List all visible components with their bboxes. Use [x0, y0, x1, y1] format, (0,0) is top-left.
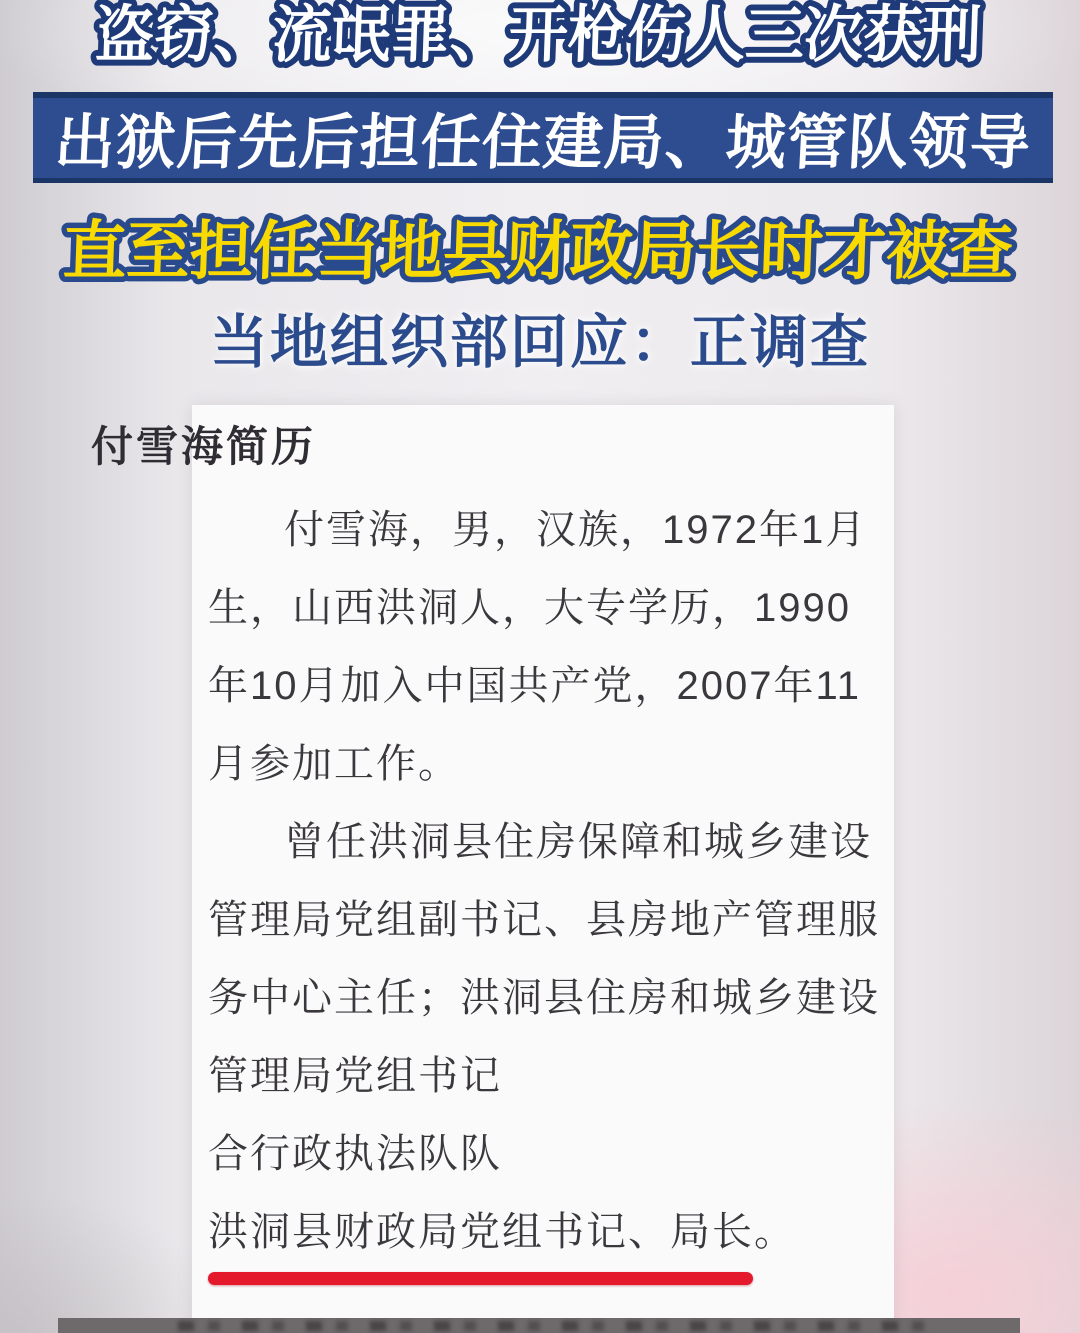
resume-line-text: 付雪海，男，汉族，1972年1月 — [284, 508, 867, 552]
resume-line-text: 月参加工作。 — [208, 742, 460, 786]
resume-line: 生，山西洪洞人，大专学历，1990 — [208, 569, 908, 647]
resume-line-text: 合行政执法队队 — [208, 1132, 502, 1176]
resume-line: 年10月加入中国共产党，2007年11 — [208, 647, 908, 725]
headline-response: 当地组织部回应：正调查 — [0, 306, 1080, 380]
resume-title: 付雪海简历 — [91, 412, 316, 482]
headline-banner: 出狱后先后担任住建局、城管队领导 — [33, 92, 1053, 183]
resume-line: 付雪海，男，汉族，1972年1月 — [208, 491, 908, 569]
resume-line: 曾任洪洞县住房保障和城乡建设 — [208, 803, 908, 881]
resume-line: 合行政执法队队 — [208, 1115, 908, 1193]
resume-line: 月参加工作。 — [208, 725, 908, 803]
red-underline — [208, 1272, 753, 1285]
headline-crimes-text: 盗窃、流氓罪、开枪伤人三次获刑 — [94, 1, 982, 70]
resume-line-text: 管理局党组书记 — [208, 1054, 502, 1098]
resume-line: 务中心主任；洪洞县住房和城乡建设 — [208, 959, 908, 1037]
subtitle-blurred-text — [178, 1321, 938, 1331]
resume-line: 洪洞县财政局党组书记、局长。 — [208, 1193, 908, 1271]
resume-line: 管理局党组书记 — [208, 1037, 908, 1115]
headline-banner-text: 出狱后先后担任住建局、城管队领导 — [53, 95, 1034, 181]
resume-line-text: 洪洞县财政局党组书记、局长。 — [208, 1210, 796, 1254]
headline-investigated-text: 直至担任当地县财政局长时才被查 — [62, 215, 1015, 287]
resume-line-text: 管理局党组副书记、县房地产管理服 — [208, 898, 880, 942]
resume-line-text: 务中心主任；洪洞县住房和城乡建设 — [208, 976, 880, 1020]
news-graphic: 盗窃、流氓罪、开枪伤人三次获刑 出狱后先后担任住建局、城管队领导 直至担任当地县… — [0, 0, 1080, 1333]
resume-line-text: 生，山西洪洞人，大专学历，1990 — [208, 586, 851, 630]
resume-body: 付雪海，男，汉族，1972年1月生，山西洪洞人，大专学历，1990年10月加入中… — [208, 491, 908, 1271]
subtitle-bar — [58, 1318, 1020, 1333]
resume-line-text: 年10月加入中国共产党，2007年11 — [208, 664, 861, 708]
headline-investigated: 直至担任当地县财政局长时才被查 — [0, 196, 1080, 300]
headline-crimes: 盗窃、流氓罪、开枪伤人三次获刑 — [0, 0, 1080, 86]
resume-line: 管理局党组副书记、县房地产管理服 — [208, 881, 908, 959]
resume-line-text: 曾任洪洞县住房保障和城乡建设 — [284, 820, 872, 864]
